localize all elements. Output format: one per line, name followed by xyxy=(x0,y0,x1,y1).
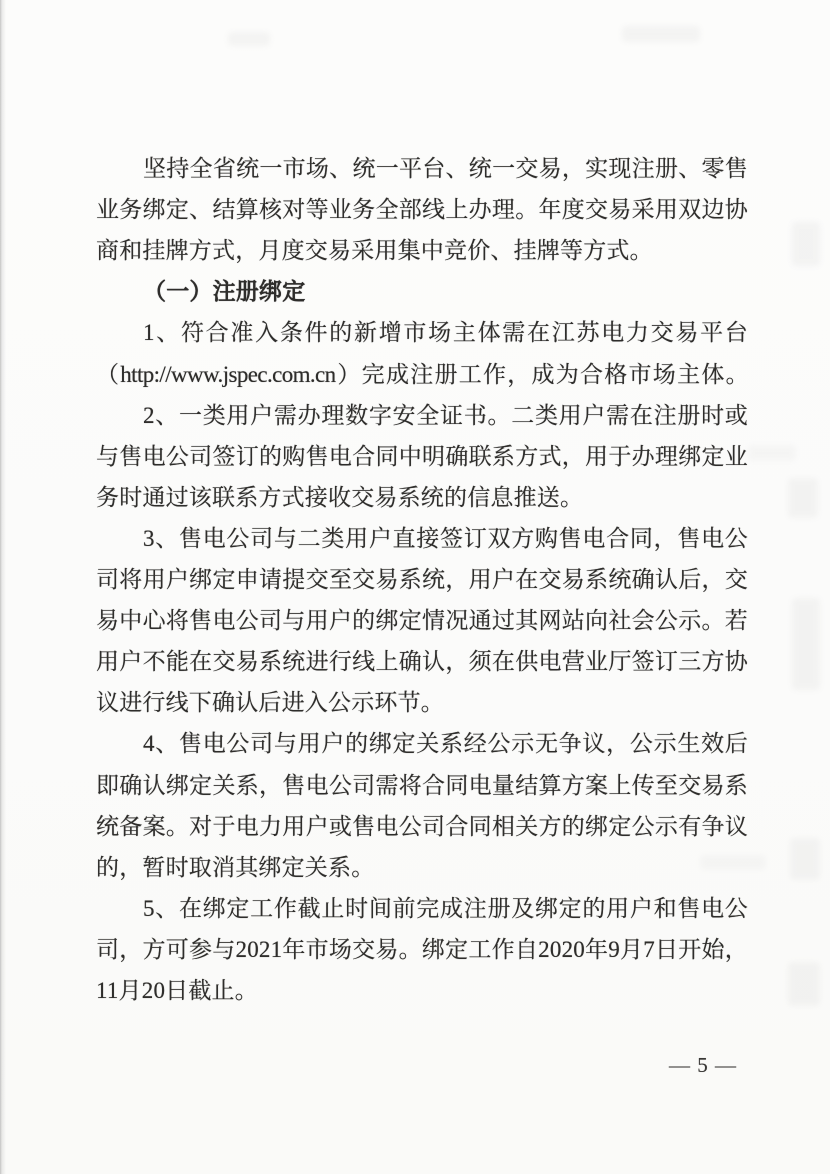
bleed-through-artifact xyxy=(790,838,820,880)
text-line: 统备案。对于电力用户或售电公司合同相关方的绑定公示有争议 xyxy=(96,806,748,847)
scanned-document-page: 坚持全省统一市场、统一平台、统一交易，实现注册、零售业务绑定、结算核对等业务全部… xyxy=(0,0,830,1174)
bleed-through-artifact xyxy=(792,598,820,690)
text-line: 用户不能在交易系统进行线上确认，须在供电营业厅签订三方协 xyxy=(96,641,748,682)
text-line: 商和挂牌方式，月度交易采用集中竞价、挂牌等方式。 xyxy=(96,230,748,271)
text-line: 即确认绑定关系，售电公司需将合同电量结算方案上传至交易系 xyxy=(96,765,748,806)
text-line: 11月20日截止。 xyxy=(96,970,748,1011)
text-line: 司，方可参与2021年市场交易。绑定工作自2020年9月7日开始， xyxy=(96,929,748,970)
bleed-through-artifact xyxy=(788,962,820,1006)
text-line: 务时通过该联系方式接收交易系统的信息推送。 xyxy=(96,477,748,518)
bleed-through-artifact xyxy=(792,222,820,266)
text-line: 5、在绑定工作截止时间前完成注册及绑定的用户和售电公 xyxy=(96,888,748,929)
text-line: 的，暂时取消其绑定关系。 xyxy=(96,847,748,888)
section-heading: （一）注册绑定 xyxy=(96,271,748,312)
text-line: 易中心将售电公司与用户的绑定情况通过其网站向社会公示。若 xyxy=(96,600,748,641)
page-number: — 5 — xyxy=(648,1048,758,1082)
bleed-through-artifact xyxy=(700,855,766,870)
bleed-through-artifact xyxy=(788,478,818,518)
text-line: 司将用户绑定申请提交至交易系统，用户在交易系统确认后，交 xyxy=(96,559,748,600)
bleed-through-artifact xyxy=(228,32,270,46)
bleed-through-artifact xyxy=(748,445,796,461)
text-line: （http://www.jspec.com.cn）完成注册工作，成为合格市场主体… xyxy=(96,354,748,395)
text-line: 4、售电公司与用户的绑定关系经公示无争议，公示生效后 xyxy=(96,723,748,764)
text-line: 与售电公司签订的购售电合同中明确联系方式，用于办理绑定业 xyxy=(96,436,748,477)
text-line: 坚持全省统一市场、统一平台、统一交易，实现注册、零售 xyxy=(96,148,748,189)
text-line: 议进行线下确认后进入公示环节。 xyxy=(96,682,748,723)
document-text-block: 坚持全省统一市场、统一平台、统一交易，实现注册、零售业务绑定、结算核对等业务全部… xyxy=(0,0,830,1174)
text-line: 3、售电公司与二类用户直接签订双方购售电合同，售电公 xyxy=(96,518,748,559)
text-line: 2、一类用户需办理数字安全证书。二类用户需在注册时或 xyxy=(96,395,748,436)
bleed-through-artifact xyxy=(622,26,700,42)
text-line: 业务绑定、结算核对等业务全部线上办理。年度交易采用双边协 xyxy=(96,189,748,230)
text-line: 1、符合准入条件的新增市场主体需在江苏电力交易平台 xyxy=(96,312,748,353)
